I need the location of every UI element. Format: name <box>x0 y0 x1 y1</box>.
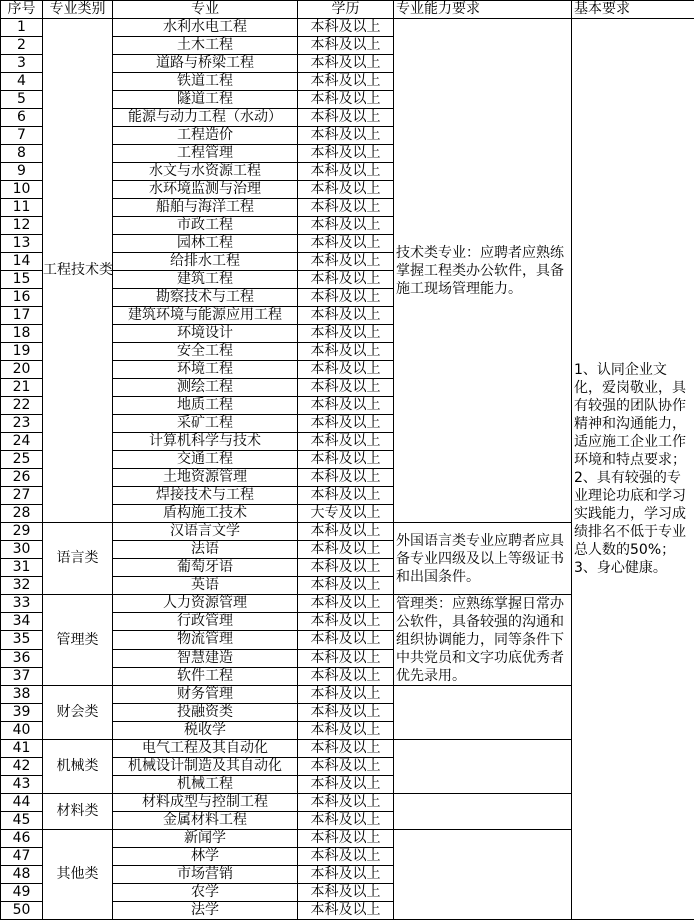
major-cell: 财务管理 <box>113 686 298 704</box>
degree-cell: 本科及以上 <box>298 866 394 884</box>
degree-cell: 本科及以上 <box>298 253 394 271</box>
serial-number-cell: 39 <box>1 704 43 722</box>
serial-number-cell: 24 <box>1 433 43 451</box>
serial-number-cell: 16 <box>1 289 43 307</box>
serial-number-cell: 17 <box>1 307 43 325</box>
degree-cell: 本科及以上 <box>298 37 394 55</box>
major-cell: 水环境监测与治理 <box>113 181 298 199</box>
header-ability-requirements: 专业能力要求 <box>394 1 572 19</box>
major-cell: 电气工程及其自动化 <box>113 740 298 758</box>
serial-number-cell: 35 <box>1 631 43 649</box>
degree-cell: 本科及以上 <box>298 541 394 559</box>
serial-number-cell: 40 <box>1 722 43 740</box>
serial-number-cell: 12 <box>1 217 43 235</box>
ability-requirements-cell: 技术类专业：应聘者应熟练掌握工程类办公软件，具备施工现场管理能力。 <box>394 19 572 523</box>
serial-number-cell: 47 <box>1 848 43 866</box>
degree-cell: 本科及以上 <box>298 523 394 541</box>
header-category: 专业类别 <box>43 1 113 19</box>
serial-number-cell: 4 <box>1 73 43 91</box>
major-cell: 金属材料工程 <box>113 812 298 830</box>
degree-cell: 本科及以上 <box>298 397 394 415</box>
degree-cell: 本科及以上 <box>298 127 394 145</box>
major-cell: 环境工程 <box>113 361 298 379</box>
degree-cell: 本科及以上 <box>298 649 394 667</box>
serial-number-cell: 46 <box>1 830 43 848</box>
category-cell: 材料类 <box>43 794 113 830</box>
degree-cell: 本科及以上 <box>298 794 394 812</box>
major-cell: 隧道工程 <box>113 91 298 109</box>
degree-cell: 本科及以上 <box>298 487 394 505</box>
degree-cell: 本科及以上 <box>298 163 394 181</box>
major-cell: 新闻学 <box>113 830 298 848</box>
degree-cell: 本科及以上 <box>298 902 394 920</box>
degree-cell: 本科及以上 <box>298 307 394 325</box>
major-cell: 交通工程 <box>113 451 298 469</box>
degree-cell: 本科及以上 <box>298 613 394 631</box>
degree-cell: 本科及以上 <box>298 415 394 433</box>
degree-cell: 大专及以上 <box>298 505 394 523</box>
header-degree: 学历 <box>298 1 394 19</box>
serial-number-cell: 13 <box>1 235 43 253</box>
table-row: 1工程技术类水利水电工程本科及以上技术类专业：应聘者应熟练掌握工程类办公软件，具… <box>1 19 694 37</box>
degree-cell: 本科及以上 <box>298 848 394 866</box>
major-cell: 计算机科学与技术 <box>113 433 298 451</box>
major-cell: 园林工程 <box>113 235 298 253</box>
degree-cell: 本科及以上 <box>298 271 394 289</box>
category-cell: 机械类 <box>43 740 113 794</box>
major-cell: 给排水工程 <box>113 253 298 271</box>
ability-requirements-cell <box>394 794 572 830</box>
degree-cell: 本科及以上 <box>298 217 394 235</box>
serial-number-cell: 23 <box>1 415 43 433</box>
major-cell: 安全工程 <box>113 343 298 361</box>
major-cell: 人力资源管理 <box>113 595 298 613</box>
serial-number-cell: 6 <box>1 109 43 127</box>
serial-number-cell: 50 <box>1 902 43 920</box>
serial-number-cell: 21 <box>1 379 43 397</box>
serial-number-cell: 9 <box>1 163 43 181</box>
major-cell: 葡萄牙语 <box>113 559 298 577</box>
serial-number-cell: 27 <box>1 487 43 505</box>
ability-requirements-cell <box>394 740 572 794</box>
major-cell: 行政管理 <box>113 613 298 631</box>
serial-number-cell: 5 <box>1 91 43 109</box>
degree-cell: 本科及以上 <box>298 758 394 776</box>
degree-cell: 本科及以上 <box>298 559 394 577</box>
major-cell: 能源与动力工程（水动） <box>113 109 298 127</box>
degree-cell: 本科及以上 <box>298 379 394 397</box>
serial-number-cell: 7 <box>1 127 43 145</box>
degree-cell: 本科及以上 <box>298 361 394 379</box>
serial-number-cell: 30 <box>1 541 43 559</box>
ability-requirements-cell <box>394 830 572 920</box>
major-cell: 机械设计制造及其自动化 <box>113 758 298 776</box>
serial-number-cell: 49 <box>1 884 43 902</box>
serial-number-cell: 33 <box>1 595 43 613</box>
major-cell: 建筑工程 <box>113 271 298 289</box>
category-cell: 其他类 <box>43 830 113 920</box>
degree-cell: 本科及以上 <box>298 343 394 361</box>
major-cell: 材料成型与控制工程 <box>113 794 298 812</box>
header-basic-requirements: 基本要求 <box>572 1 694 19</box>
serial-number-cell: 15 <box>1 271 43 289</box>
degree-cell: 本科及以上 <box>298 722 394 740</box>
degree-cell: 本科及以上 <box>298 199 394 217</box>
serial-number-cell: 26 <box>1 469 43 487</box>
degree-cell: 本科及以上 <box>298 145 394 163</box>
major-cell: 机械工程 <box>113 776 298 794</box>
major-cell: 水文与水资源工程 <box>113 163 298 181</box>
degree-cell: 本科及以上 <box>298 595 394 613</box>
ability-requirements-cell <box>394 686 572 740</box>
major-cell: 软件工程 <box>113 667 298 685</box>
major-cell: 船舶与海洋工程 <box>113 199 298 217</box>
major-cell: 水利水电工程 <box>113 19 298 37</box>
degree-cell: 本科及以上 <box>298 884 394 902</box>
degree-cell: 本科及以上 <box>298 73 394 91</box>
degree-cell: 本科及以上 <box>298 812 394 830</box>
serial-number-cell: 37 <box>1 667 43 685</box>
serial-number-cell: 18 <box>1 325 43 343</box>
major-cell: 铁道工程 <box>113 73 298 91</box>
degree-cell: 本科及以上 <box>298 704 394 722</box>
major-cell: 土地资源管理 <box>113 469 298 487</box>
majors-table: 序号 专业类别 专业 学历 专业能力要求 基本要求 1工程技术类水利水电工程本科… <box>0 0 694 920</box>
major-cell: 汉语言文学 <box>113 523 298 541</box>
serial-number-cell: 19 <box>1 343 43 361</box>
serial-number-cell: 20 <box>1 361 43 379</box>
major-cell: 农学 <box>113 884 298 902</box>
degree-cell: 本科及以上 <box>298 55 394 73</box>
degree-cell: 本科及以上 <box>298 181 394 199</box>
major-cell: 道路与桥梁工程 <box>113 55 298 73</box>
major-cell: 物流管理 <box>113 631 298 649</box>
major-cell: 法学 <box>113 902 298 920</box>
serial-number-cell: 48 <box>1 866 43 884</box>
ability-requirements-cell: 管理类：应熟练掌握日常办公软件，具备较强的沟通和组织协调能力，同等条件下中共党员… <box>394 595 572 686</box>
degree-cell: 本科及以上 <box>298 776 394 794</box>
degree-cell: 本科及以上 <box>298 325 394 343</box>
category-cell: 管理类 <box>43 595 113 686</box>
serial-number-cell: 32 <box>1 577 43 595</box>
major-cell: 工程造价 <box>113 127 298 145</box>
header-serial-number: 序号 <box>1 1 43 19</box>
major-cell: 测绘工程 <box>113 379 298 397</box>
major-cell: 建筑环境与能源应用工程 <box>113 307 298 325</box>
degree-cell: 本科及以上 <box>298 469 394 487</box>
degree-cell: 本科及以上 <box>298 109 394 127</box>
major-cell: 地质工程 <box>113 397 298 415</box>
serial-number-cell: 42 <box>1 758 43 776</box>
major-cell: 智慧建造 <box>113 649 298 667</box>
category-cell: 语言类 <box>43 523 113 595</box>
major-cell: 环境设计 <box>113 325 298 343</box>
table-body: 1工程技术类水利水电工程本科及以上技术类专业：应聘者应熟练掌握工程类办公软件，具… <box>1 19 694 920</box>
degree-cell: 本科及以上 <box>298 577 394 595</box>
major-cell: 法语 <box>113 541 298 559</box>
serial-number-cell: 43 <box>1 776 43 794</box>
major-cell: 英语 <box>113 577 298 595</box>
degree-cell: 本科及以上 <box>298 830 394 848</box>
header-row: 序号 专业类别 专业 学历 专业能力要求 基本要求 <box>1 1 694 19</box>
serial-number-cell: 22 <box>1 397 43 415</box>
degree-cell: 本科及以上 <box>298 289 394 307</box>
header-major: 专业 <box>113 1 298 19</box>
degree-cell: 本科及以上 <box>298 91 394 109</box>
degree-cell: 本科及以上 <box>298 235 394 253</box>
serial-number-cell: 1 <box>1 19 43 37</box>
degree-cell: 本科及以上 <box>298 631 394 649</box>
serial-number-cell: 29 <box>1 523 43 541</box>
serial-number-cell: 10 <box>1 181 43 199</box>
degree-cell: 本科及以上 <box>298 19 394 37</box>
serial-number-cell: 41 <box>1 740 43 758</box>
serial-number-cell: 2 <box>1 37 43 55</box>
serial-number-cell: 45 <box>1 812 43 830</box>
serial-number-cell: 11 <box>1 199 43 217</box>
serial-number-cell: 8 <box>1 145 43 163</box>
major-cell: 土木工程 <box>113 37 298 55</box>
serial-number-cell: 25 <box>1 451 43 469</box>
serial-number-cell: 38 <box>1 686 43 704</box>
degree-cell: 本科及以上 <box>298 451 394 469</box>
serial-number-cell: 44 <box>1 794 43 812</box>
major-cell: 投融资类 <box>113 704 298 722</box>
major-cell: 盾构施工技术 <box>113 505 298 523</box>
basic-requirements-cell: 1、认同企业文化，爱岗敬业，具有较强的团队协作精神和沟通能力，适应施工企业工作环… <box>572 19 694 920</box>
major-cell: 林学 <box>113 848 298 866</box>
serial-number-cell: 14 <box>1 253 43 271</box>
serial-number-cell: 3 <box>1 55 43 73</box>
major-cell: 市政工程 <box>113 217 298 235</box>
serial-number-cell: 28 <box>1 505 43 523</box>
major-cell: 市场营销 <box>113 866 298 884</box>
serial-number-cell: 31 <box>1 559 43 577</box>
degree-cell: 本科及以上 <box>298 686 394 704</box>
major-cell: 采矿工程 <box>113 415 298 433</box>
degree-cell: 本科及以上 <box>298 667 394 685</box>
serial-number-cell: 36 <box>1 649 43 667</box>
serial-number-cell: 34 <box>1 613 43 631</box>
major-cell: 税收学 <box>113 722 298 740</box>
major-cell: 勘察技术与工程 <box>113 289 298 307</box>
degree-cell: 本科及以上 <box>298 433 394 451</box>
major-cell: 工程管理 <box>113 145 298 163</box>
degree-cell: 本科及以上 <box>298 740 394 758</box>
major-cell: 焊接技术与工程 <box>113 487 298 505</box>
category-cell: 财会类 <box>43 686 113 740</box>
category-cell: 工程技术类 <box>43 19 113 523</box>
ability-requirements-cell: 外国语言类专业应聘者应具备专业四级及以上等级证书和出国条件。 <box>394 523 572 595</box>
